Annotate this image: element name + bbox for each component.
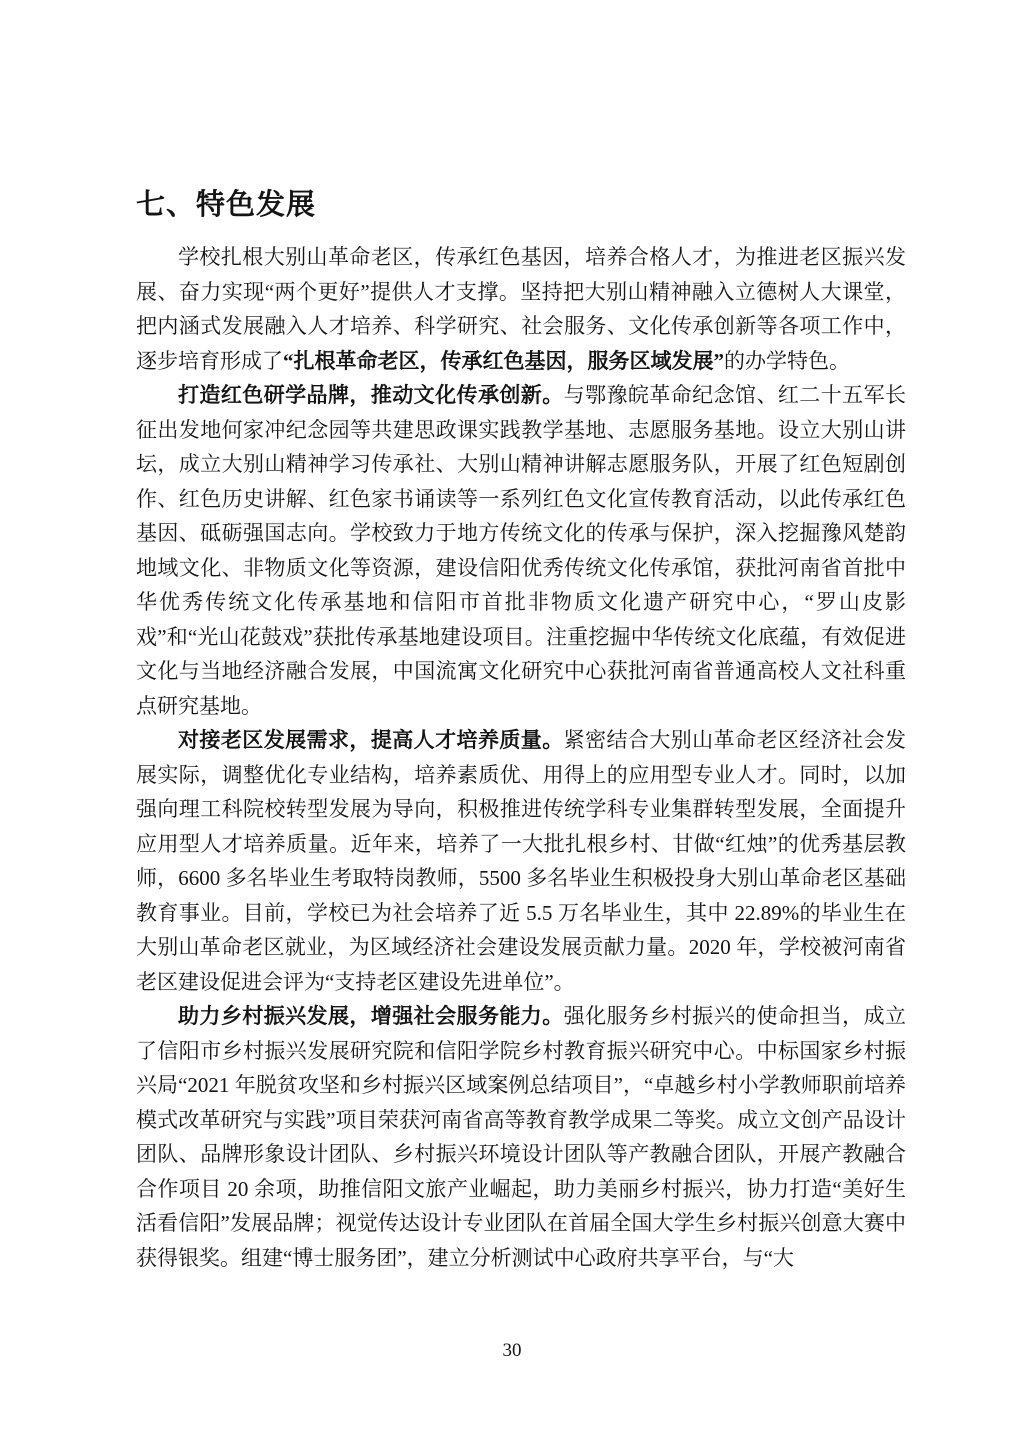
paragraph: 对接老区发展需求，提高人才培养质量。紧密结合大别山革命老区经济社会发展实际，调整… [136,723,906,999]
document-page: 七、特色发展 学校扎根大别山革命老区，传承红色基因，培养合格人才，为推进老区振兴… [0,0,1024,1448]
paragraph: 学校扎根大别山革命老区，传承红色基因，培养合格人才，为推进老区振兴发展、奋力实现… [136,240,906,378]
text-run: 助力乡村振兴发展，增强社会服务能力。 [178,1004,564,1028]
paragraph: 助力乡村振兴发展，增强社会服务能力。强化服务乡村振兴的使命担当，成立了信阳市乡村… [136,999,906,1275]
page-number: 30 [0,1340,1024,1362]
text-run: 与鄂豫皖革命纪念馆、红二十五军长征出发地何家冲纪念园等共建思政课实践教学基地、志… [136,383,906,718]
text-run: “扎根革命老区，传承红色基因，服务区域发展” [283,349,724,373]
text-run: 对接老区发展需求，提高人才培养质量。 [178,728,564,752]
document-body: 学校扎根大别山革命老区，传承红色基因，培养合格人才，为推进老区振兴发展、奋力实现… [136,240,906,1275]
paragraph: 打造红色研学品牌，推动文化传承创新。与鄂豫皖革命纪念馆、红二十五军长征出发地何家… [136,378,906,723]
text-run: 紧密结合大别山革命老区经济社会发展实际，调整优化专业结构，培养素质优、用得上的应… [136,728,906,994]
text-run: 打造红色研学品牌，推动文化传承创新。 [178,383,564,407]
text-run: 强化服务乡村振兴的使命担当，成立了信阳市乡村振兴发展研究院和信阳学院乡村教育振兴… [136,1004,906,1270]
document-content: 七、特色发展 学校扎根大别山革命老区，传承红色基因，培养合格人才，为推进老区振兴… [136,188,906,1275]
text-run: 的办学特色。 [724,349,850,373]
section-heading: 七、特色发展 [136,188,906,222]
